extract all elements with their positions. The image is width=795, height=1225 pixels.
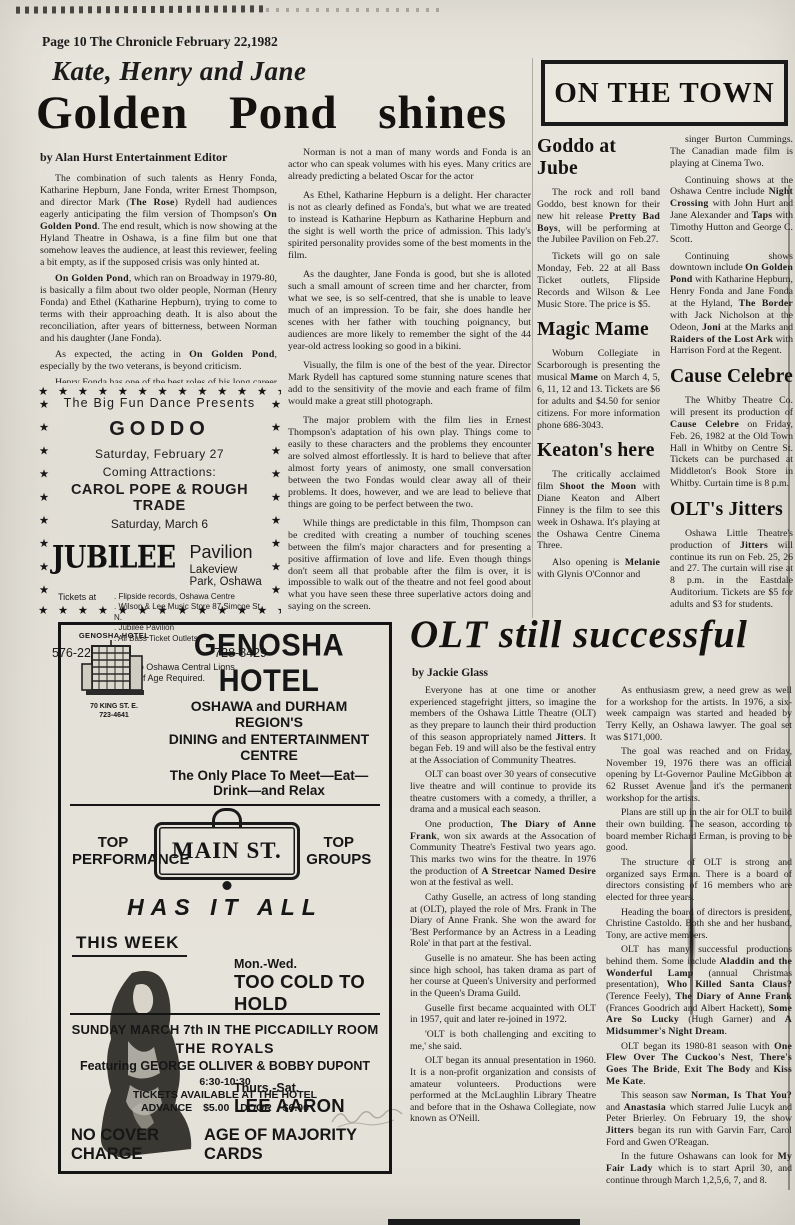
section-heading: Magic Mame bbox=[537, 319, 660, 341]
article-paragraph: Visually, the film is one of the best of… bbox=[288, 360, 531, 408]
genosha-title-block: GENOSHA HOTEL OSHAWA and DURHAM REGION'S… bbox=[158, 631, 380, 798]
olt-column-2: As enthusiasm grew, a need grew as well … bbox=[606, 685, 792, 1189]
sign-arch-icon bbox=[212, 808, 242, 828]
main-headline: Golden Pond shines bbox=[36, 86, 507, 140]
coming-attractions-label: Coming Attractions: bbox=[52, 465, 267, 479]
page-info: Page 10 The Chronicle February 22,1982 bbox=[42, 34, 278, 50]
article-paragraph: As Ethel, Katharine Hepburn is a delight… bbox=[288, 190, 531, 262]
this-week-section: THIS WEEK Mon.-Wed. TOO COLD TO HOLD Thu… bbox=[70, 933, 380, 1013]
section-heading: OLT's Jitters bbox=[670, 499, 793, 521]
article-paragraph: Continuing shows downtown include On Gol… bbox=[670, 251, 793, 358]
article-paragraph: As expected, the acting in On Golden Pon… bbox=[40, 349, 277, 373]
article-paragraph: OLT began its 1980-81 season with One Fl… bbox=[606, 1041, 792, 1088]
ad-presents-line: The Big Fun Dance Presents bbox=[52, 396, 267, 410]
sunday-line-5: TICKETS AVAILABLE AT THE HOTEL bbox=[70, 1089, 380, 1101]
ticket-outlet-line: . Flipside records, Oshawa Centre bbox=[114, 592, 267, 602]
film-sprocket-strip-faded bbox=[266, 8, 446, 12]
hotel-building-icon bbox=[78, 640, 150, 698]
kicker-headline: Kate, Henry and Jane bbox=[52, 56, 307, 87]
on-the-town-title: ON THE TOWN bbox=[554, 77, 775, 110]
genosha-logo-block: GENOSHA HOTEL bbox=[70, 631, 158, 798]
article-paragraph: Guselle is no amateur. She has been acti… bbox=[410, 953, 596, 1000]
article-paragraph: The combination of such talents as Henry… bbox=[40, 173, 277, 269]
article-paragraph: The Whitby Theatre Co. will present its … bbox=[670, 395, 793, 490]
article-paragraph: Guselle first became acquainted with OLT… bbox=[410, 1003, 596, 1026]
article-paragraph: Heading the board of directors is presid… bbox=[606, 907, 792, 942]
article-paragraph: One production, The Diary of Anne Frank,… bbox=[410, 819, 596, 889]
sunday-line-4: 6:30-10:30 bbox=[70, 1076, 380, 1088]
article-paragraph: As enthusiasm grew, a need grew as well … bbox=[606, 685, 792, 743]
sunday-line-3: Featuring GEORGE OLLIVER & BOBBY DUPONT bbox=[70, 1059, 380, 1073]
golden-pond-column-1: by Alan Hurst Entertainment Editor The c… bbox=[40, 150, 277, 383]
age-of-majority-label: AGE OF MAJORITY CARDS bbox=[204, 1126, 379, 1164]
newspaper-page: Page 10 The Chronicle February 22,1982 K… bbox=[0, 0, 795, 1225]
has-it-all-line: HAS IT ALL bbox=[70, 894, 380, 921]
show1-block: Mon.-Wed. TOO COLD TO HOLD bbox=[234, 957, 380, 1015]
on-the-town-columns: Goddo at JubeThe rock and roll band Godd… bbox=[537, 134, 794, 624]
section-heading: Keaton's here bbox=[537, 440, 660, 462]
genosha-subtitle-1: OSHAWA and DURHAM REGION'S bbox=[158, 698, 380, 730]
olt-byline: by Jackie Glass bbox=[412, 667, 793, 679]
this-week-left: THIS WEEK bbox=[70, 933, 222, 1013]
olt-column-1: Everyone has at one time or another expe… bbox=[410, 685, 596, 1189]
article-paragraph: Tickets will go on sale Monday, Feb. 22 … bbox=[537, 251, 660, 310]
golden-pond-column-2: Norman is not a man of many words and Fo… bbox=[288, 147, 531, 620]
article-paragraph: The major problem with the film lies in … bbox=[288, 415, 531, 511]
article-paragraph: In the future Oshawans can look for My F… bbox=[606, 1151, 792, 1186]
genosha-hotel-advert: GENOSHA HOTEL bbox=[58, 622, 392, 1174]
genosha-title: GENOSHA HOTEL bbox=[158, 628, 380, 699]
show1-days: Mon.-Wed. bbox=[234, 957, 380, 971]
article-paragraph: Norman is not a man of many words and Fo… bbox=[288, 147, 531, 183]
article-paragraph: OLT has many successful productions behi… bbox=[606, 944, 792, 1037]
article-paragraph: OLT can boast over 30 years of consecuti… bbox=[410, 769, 596, 816]
article-body: The combination of such talents as Henry… bbox=[40, 173, 277, 383]
venue-location: Lakeview Park, Oshawa bbox=[190, 564, 267, 588]
top-performance-label: TOP PERFORMANCE bbox=[72, 834, 154, 869]
olt-columns: Everyone has at one time or another expe… bbox=[410, 685, 793, 1189]
dance-ad-content: The Big Fun Dance Presents GODDO Saturda… bbox=[52, 396, 267, 607]
article-paragraph: 'OLT is both challenging and exciting to… bbox=[410, 1029, 596, 1052]
article-paragraph: The structure of OLT is strong and organ… bbox=[606, 857, 792, 904]
main-st-sign: MAIN ST. bbox=[154, 822, 300, 880]
genosha-subtitle-2: DINING and ENTERTAINMENT CENTRE bbox=[158, 731, 380, 763]
article-paragraph: Woburn Collegiate in Scarborough is pres… bbox=[537, 348, 660, 431]
article-paragraph: While things are predictable in this fil… bbox=[288, 518, 531, 614]
on-the-town-banner: ON THE TOWN bbox=[541, 60, 788, 126]
sunday-line-1: SUNDAY MARCH 7th IN THE PICCADILLY ROOM bbox=[70, 1022, 380, 1037]
sunday-line-6: ADVANCE $5.00 DOOR $6.00 bbox=[70, 1102, 380, 1114]
main-st-row: TOP PERFORMANCE MAIN ST. TOP GROUPS bbox=[70, 806, 380, 890]
venue-text: Pavilion Lakeview Park, Oshawa bbox=[190, 543, 267, 588]
article-paragraph: The rock and roll band Goddo, best known… bbox=[537, 187, 660, 246]
article-byline: by Alan Hurst Entertainment Editor bbox=[40, 150, 277, 165]
on-the-town-left-column: Goddo at JubeThe rock and roll band Godd… bbox=[537, 134, 660, 624]
genosha-header: GENOSHA HOTEL bbox=[70, 631, 380, 806]
goddo-dance-advert: ★ ★ ★ ★ ★ ★ ★ ★ ★ ★ ★ ★ ★ ★ ★ ★ ★ ★ ★ ★ … bbox=[36, 384, 283, 617]
star-border-left-icon: ★ ★ ★ ★ ★ ★ ★ ★ ★ ★ ★ ★ ★ ★ bbox=[37, 397, 50, 604]
article-paragraph: On Golden Pond, which ran on Broadway in… bbox=[40, 273, 277, 345]
sunday-line-2: THE ROYALS bbox=[70, 1040, 380, 1056]
genosha-phone: 723-4641 bbox=[70, 712, 158, 721]
genosha-address: 70 KING ST. E. bbox=[70, 703, 158, 712]
ticket-outlet-line: . Wilson & Lee Music Store 87 Simcoe St.… bbox=[114, 602, 267, 623]
article-paragraph: Henry Fonda has one of the best roles of… bbox=[40, 377, 277, 383]
article-body: Norman is not a man of many words and Fo… bbox=[288, 147, 531, 613]
sign-dot-icon bbox=[222, 881, 231, 890]
coming-act: CAROL POPE & ROUGH TRADE bbox=[52, 482, 267, 514]
genosha-tagline: The Only Place To Meet—Eat—Drink—and Rel… bbox=[158, 768, 380, 798]
article-paragraph: Cathy Guselle, an actress of long standi… bbox=[410, 892, 596, 950]
article-paragraph: Plans are still up in the air for OLT to… bbox=[606, 807, 792, 854]
article-paragraph: The critically acclaimed film Shoot the … bbox=[537, 469, 660, 552]
article-paragraph: This season saw Norman, Is That You? and… bbox=[606, 1090, 792, 1148]
star-border-right-icon: ★ ★ ★ ★ ★ ★ ★ ★ ★ ★ ★ ★ ★ ★ bbox=[269, 397, 282, 604]
article-paragraph: Also opening is Melanie with Glynis O'Co… bbox=[537, 557, 660, 581]
on-the-town-right-column: singer Burton Cummings. The Canadian mad… bbox=[670, 134, 793, 624]
article-paragraph: The goal was reached and on Friday, Nove… bbox=[606, 746, 792, 804]
jubilee-logo: JUBILEE bbox=[52, 540, 176, 576]
column-divider-rule bbox=[532, 58, 533, 618]
article-paragraph: OLT began its annual presentation in 196… bbox=[410, 1055, 596, 1125]
film-sprocket-strip bbox=[16, 5, 266, 13]
main-st-label: MAIN ST. bbox=[172, 838, 282, 864]
genosha-logo-caption: GENOSHA HOTEL bbox=[70, 631, 158, 640]
act-date: Saturday, February 27 bbox=[52, 447, 267, 461]
article-paragraph: singer Burton Cummings. The Canadian mad… bbox=[670, 134, 793, 170]
article-paragraph: Continuing shows at the Oshawa Centre in… bbox=[670, 175, 793, 246]
section-heading: Cause Celebre bbox=[670, 366, 793, 388]
venue-name: Pavilion bbox=[190, 543, 267, 562]
headliner-act: GODDO bbox=[52, 418, 267, 441]
no-cover-charge-label: NO COVER CHARGE bbox=[71, 1126, 204, 1164]
article-paragraph: Everyone has at one time or another expe… bbox=[410, 685, 596, 766]
olt-headline: OLT still successful bbox=[410, 612, 793, 657]
this-week-shows: Mon.-Wed. TOO COLD TO HOLD Thurs.-Sat. L… bbox=[222, 933, 380, 1013]
sunday-event-block: SUNDAY MARCH 7th IN THE PICCADILLY ROOM … bbox=[70, 1013, 380, 1114]
article-paragraph: As the daughter, Jane Fonda is good, but… bbox=[288, 269, 531, 353]
show1-name: TOO COLD TO HOLD bbox=[234, 971, 380, 1015]
genosha-bottom-row: NO COVER CHARGE AGE OF MAJORITY CARDS bbox=[70, 1126, 380, 1165]
this-week-label: THIS WEEK bbox=[72, 933, 187, 957]
section-heading: Goddo at Jube bbox=[537, 136, 660, 180]
scan-edge-bar bbox=[388, 1219, 580, 1225]
olt-article: OLT still successful by Jackie Glass Eve… bbox=[410, 612, 793, 1189]
top-groups-label: TOP GROUPS bbox=[300, 834, 378, 869]
coming-act-date: Saturday, March 6 bbox=[52, 517, 267, 531]
venue-row: JUBILEE Pavilion Lakeview Park, Oshawa bbox=[52, 543, 267, 588]
article-paragraph: Oshawa Little Theatre's production of Ji… bbox=[670, 528, 793, 611]
